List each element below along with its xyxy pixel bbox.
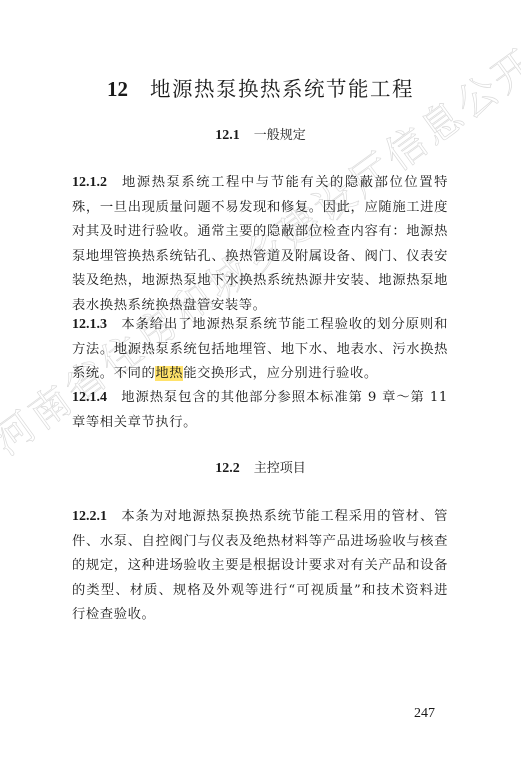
highlighted-text: 地热	[155, 366, 183, 381]
chapter-title: 12地源热泵换热系统节能工程	[0, 72, 521, 102]
section-title-text: 一般规定	[254, 128, 306, 143]
section-title-12-1: 12.1一般规定	[0, 124, 521, 144]
clause-number: 12.1.4	[72, 390, 107, 405]
section-number: 12.2	[215, 461, 240, 476]
clause-text: 地源热泵包含的其他部分参照本标准第 9 章～第 11 章等相关章节执行。	[72, 390, 448, 430]
section-number: 12.1	[215, 128, 240, 143]
clause-text: 地源热泵系统工程中与节能有关的隐蔽部位位置特殊，一旦出现质量问题不易发现和修复。…	[72, 175, 448, 313]
clause-number: 12.1.2	[72, 175, 107, 190]
chapter-title-text: 地源热泵换热系统节能工程	[150, 77, 414, 101]
page-number: 247	[414, 706, 435, 722]
clause-number: 12.2.1	[72, 509, 107, 524]
clause-12-1-3: 12.1.3本条给出了地源热泵系统节能工程验收的划分原则和方法。地源热泵系统包括…	[72, 313, 448, 387]
chapter-number: 12	[107, 77, 128, 101]
clause-12-1-2: 12.1.2地源热泵系统工程中与节能有关的隐蔽部位位置特殊，一旦出现质量问题不易…	[72, 171, 448, 318]
clause-text-after: 能交换形式，应分别进行验收。	[183, 366, 378, 381]
clause-12-1-4: 12.1.4地源热泵包含的其他部分参照本标准第 9 章～第 11 章等相关章节执…	[72, 386, 448, 435]
clause-text: 本条为对地源热泵换热系统节能工程采用的管材、管件、水泵、自控阀门与仪表及绝热材料…	[72, 509, 448, 622]
clause-12-2-1: 12.2.1本条为对地源热泵换热系统节能工程采用的管材、管件、水泵、自控阀门与仪…	[72, 505, 448, 628]
document-page: 河南省住房和城乡建设厅信息公开浏览专用 12地源热泵换热系统节能工程 12.1一…	[0, 0, 521, 758]
clause-number: 12.1.3	[72, 317, 107, 332]
section-title-12-2: 12.2主控项目	[0, 457, 521, 477]
section-title-text: 主控项目	[254, 461, 306, 476]
